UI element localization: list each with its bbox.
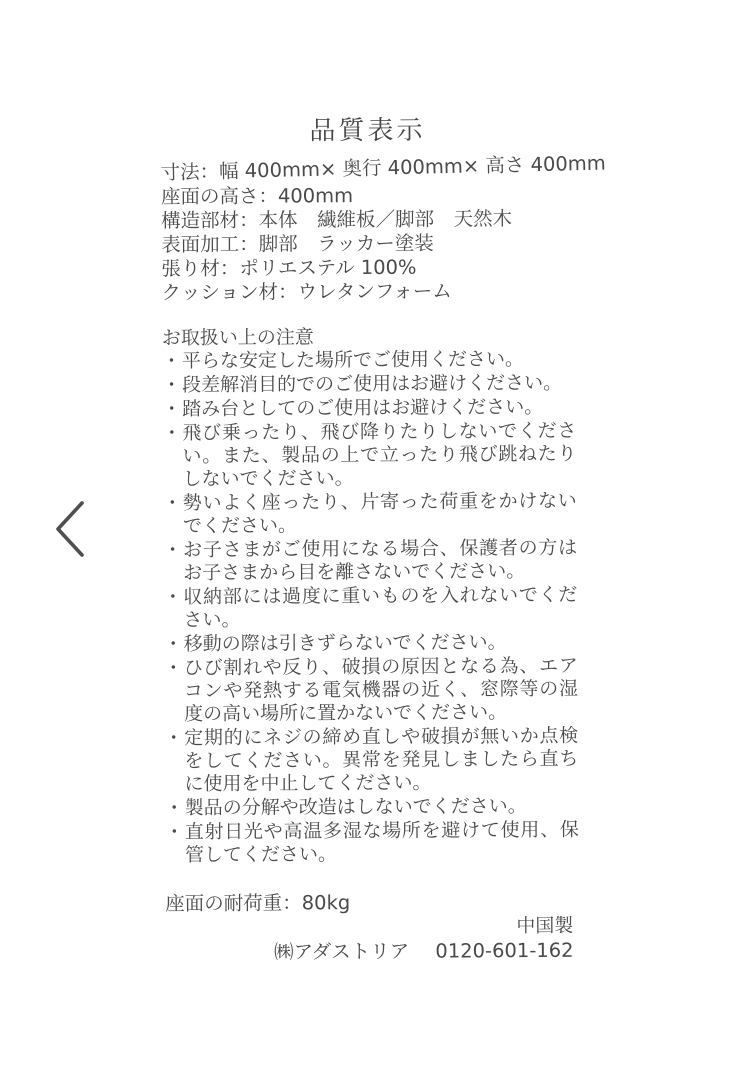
cautions-list: 平らな安定した場所でご使用ください。 段差解消目的でのご使用はお避けください。 … [162, 348, 579, 868]
caution-item: 段差解消目的でのご使用はお避けください。 [162, 372, 576, 398]
spec-surface-finish: 表面加工：脚部 ラッカー塗装 [161, 231, 575, 258]
chevron-left-icon [54, 500, 86, 558]
quality-label: 品質表示 寸法：幅 400mm× 奥行 400mm× 高さ 400mm 座面の高… [160, 109, 579, 965]
spec-cushion-material: クッション材：ウレタンフォーム [161, 279, 575, 306]
load-capacity: 座面の耐荷重：80kg [165, 890, 579, 917]
spec-structural-materials: 構造部材：本体 繊維板／脚部 天然木 [161, 207, 575, 234]
caution-item: お子さまがご使用になる場合、保護者の方はお子さまから目を離さないでください。 [163, 537, 577, 586]
caution-item: 直射日光や高温多湿な場所を避けて使用、保管してください。 [165, 819, 579, 868]
caution-item: 勢いよく座ったり、片寄った荷重をかけないでください。 [163, 490, 577, 539]
caution-item: 踏み台としてのご使用はお避けください。 [162, 396, 576, 422]
spec-upholstery: 張り材：ポリエステル 100% [161, 255, 575, 282]
caution-item: ひび割れや反り、破損の原因となる為、エアコンや発熱する電気機器の近く、窓際等の湿… [164, 655, 578, 727]
phone-number: 0120-601-162 [435, 939, 573, 963]
caution-item: 製品の分解や改造はしないでください。 [165, 795, 579, 821]
manufacturer-line: ㈱アダストリア 0120-601-162 [165, 939, 573, 964]
label-title: 品質表示 [160, 109, 574, 149]
caution-item: 飛び乗ったり、飛び降りたりしないでください。また、製品の上で立ったり飛び跳ねたり… [162, 420, 576, 492]
cautions-heading: お取扱い上の注意 [162, 325, 576, 351]
caution-item: 移動の際は引きずらないでください。 [164, 631, 578, 657]
manufacturer-name: ㈱アダストリア [274, 940, 409, 964]
caution-item: 収納部には過度に重いものを入れないでください。 [163, 584, 577, 633]
spec-list: 寸法：幅 400mm× 奥行 400mm× 高さ 400mm 座面の高さ：400… [161, 159, 576, 306]
carousel-prev-button[interactable] [44, 488, 96, 570]
caution-item: 定期的にネジの締め直しや破損が無いか点検をしてください。異常を発見しましたら直ち… [164, 725, 578, 797]
country-of-origin: 中国製 [165, 915, 573, 939]
label-footer: 中国製 ㈱アダストリア 0120-601-162 [165, 915, 579, 965]
spec-dimensions: 寸法：幅 400mm× 奥行 400mm× 高さ 400mm [160, 152, 574, 185]
caution-item: 平らな安定した場所でご使用ください。 [162, 348, 576, 374]
product-label-page: 品質表示 寸法：幅 400mm× 奥行 400mm× 高さ 400mm 座面の高… [0, 0, 738, 1080]
spec-seat-height: 座面の高さ：400mm [161, 183, 575, 210]
